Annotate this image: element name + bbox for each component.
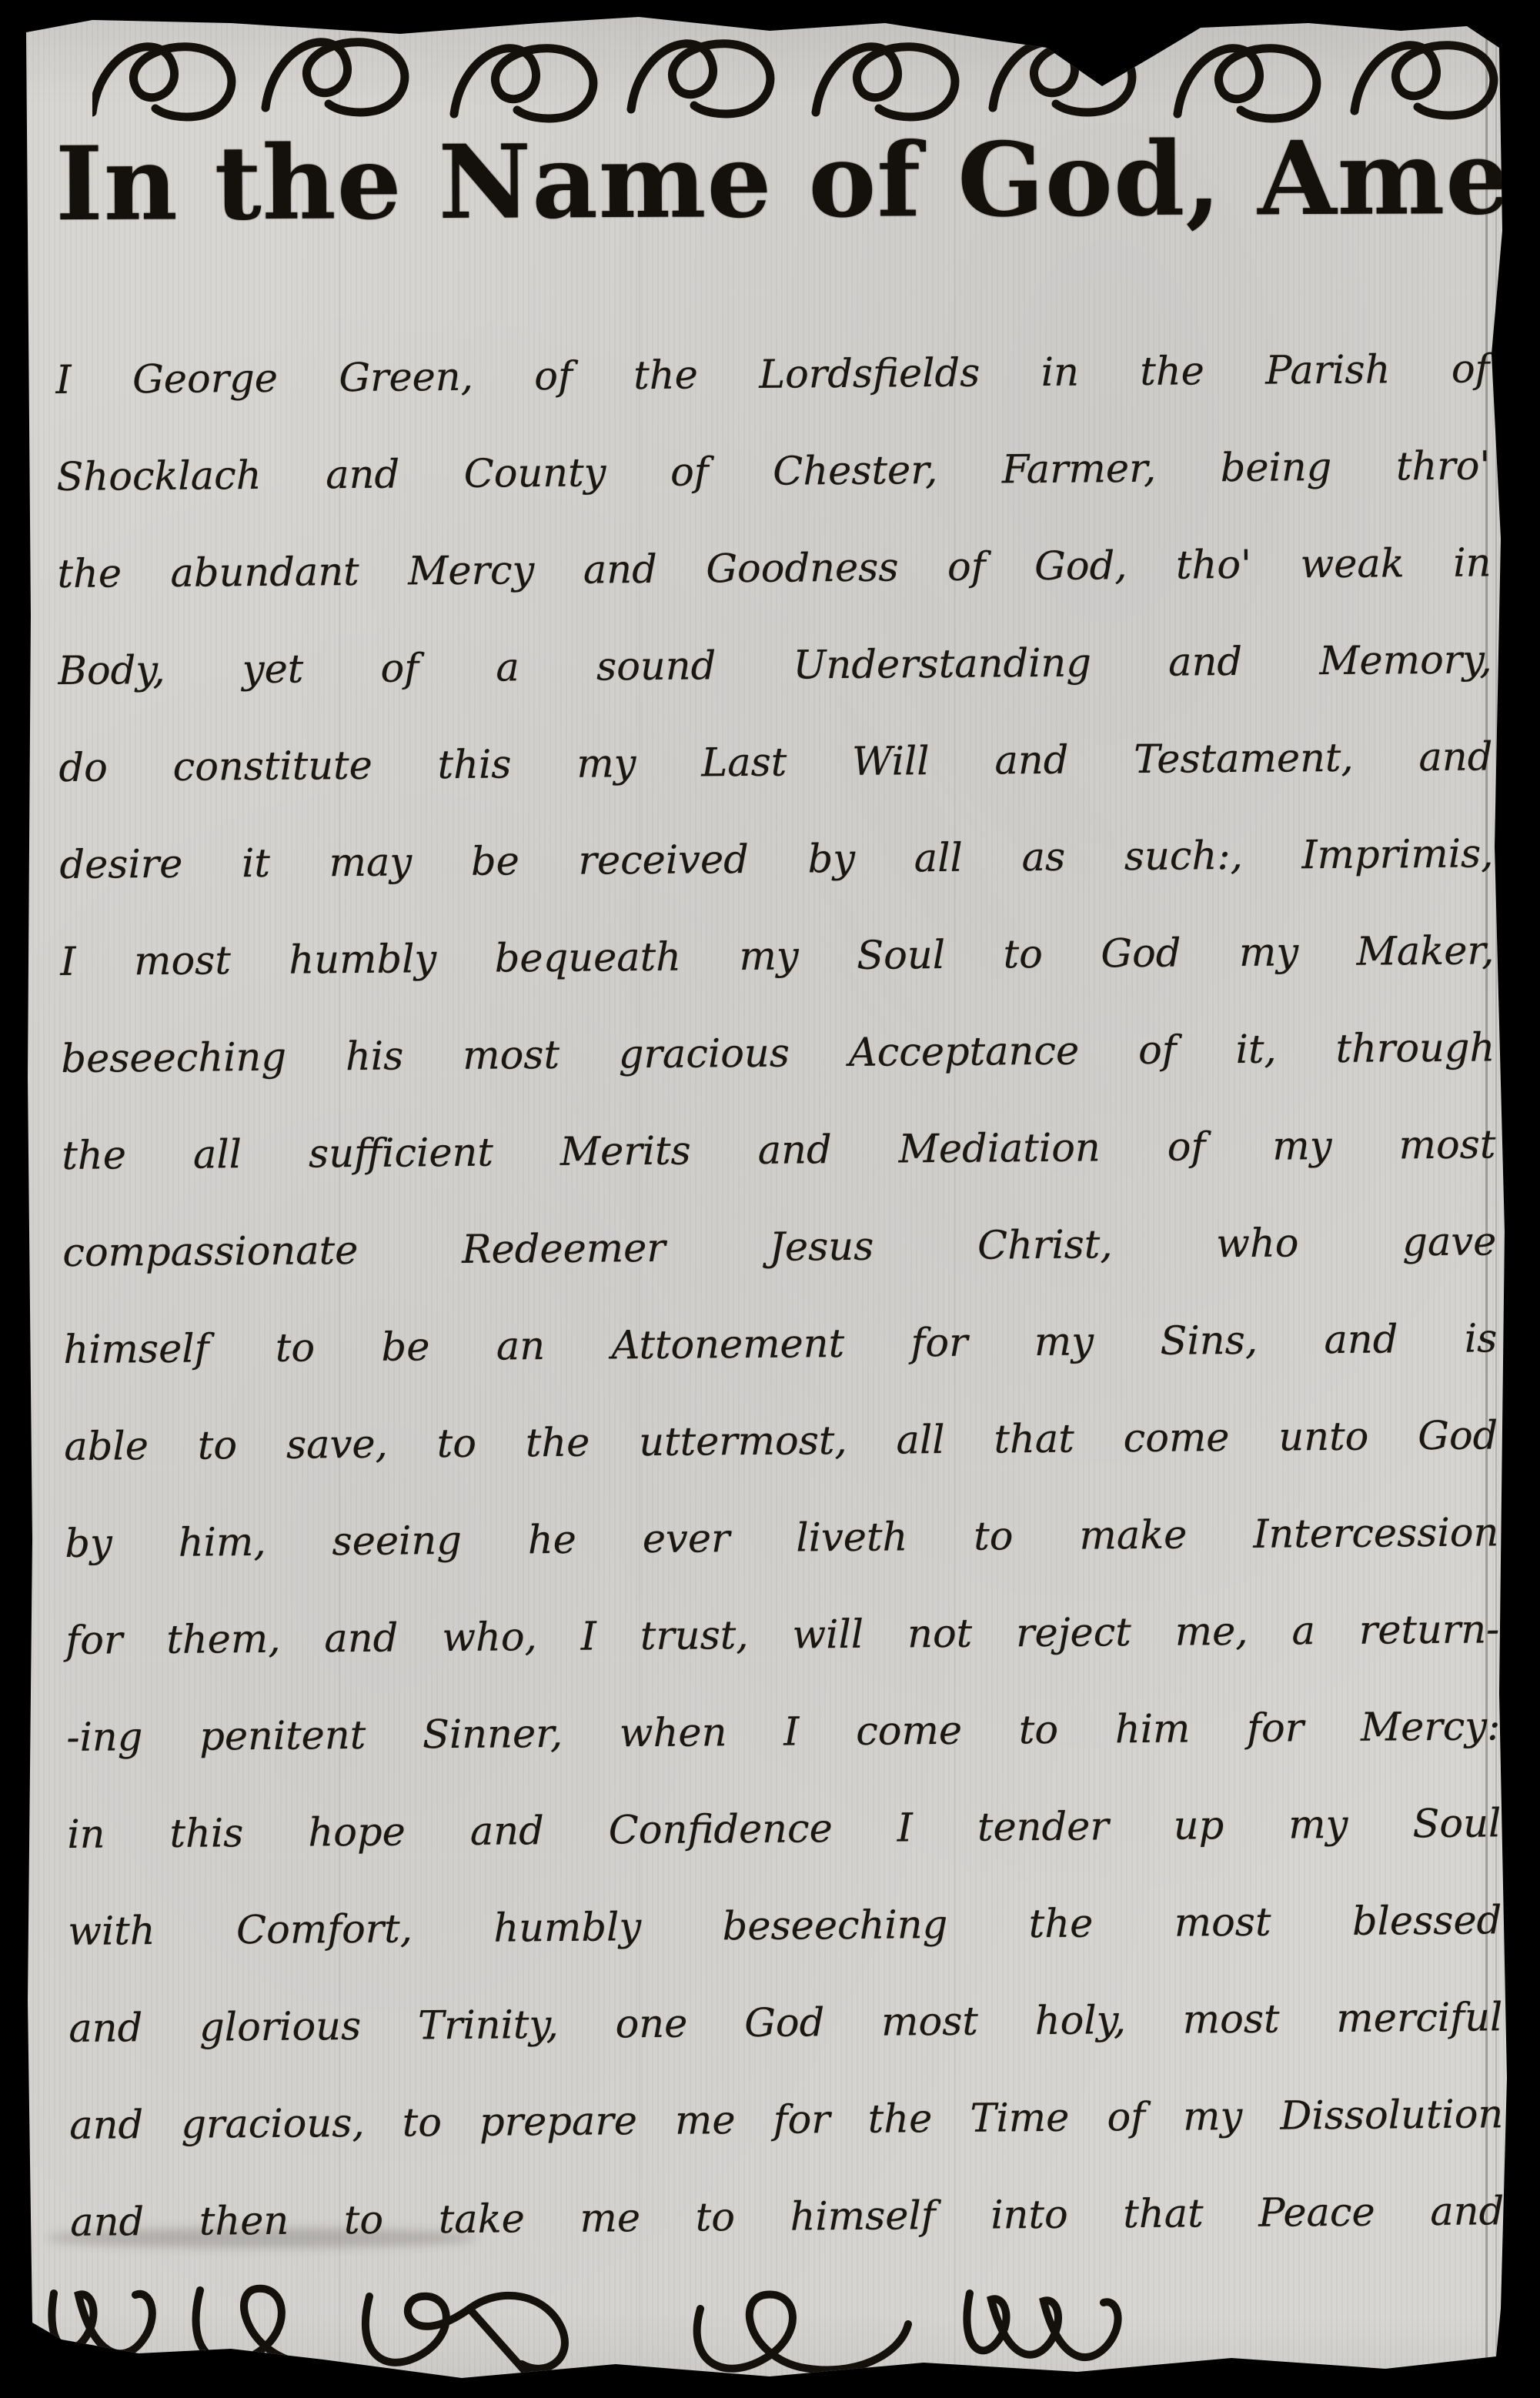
manuscript-line: desire it may be received by all as such…	[59, 806, 1494, 914]
manuscript-line: Shocklach and County of Chester, Farmer,…	[56, 418, 1491, 526]
manuscript-line: with Comfort, humbly beseeching the most…	[68, 1872, 1502, 1981]
manuscript-line: I most humbly bequeath my Soul to God my…	[60, 903, 1495, 1011]
manuscript-line: in this hope and Confidence I tender up …	[67, 1775, 1502, 1884]
bottom-flourish-icon	[38, 2263, 1208, 2390]
scanned-page: In the Name of God, Amen. I George Green…	[0, 0, 1540, 2398]
manuscript-line: the all sufficient Merits and Mediation …	[62, 1097, 1496, 1205]
manuscript-line: Body, yet of a sound Understanding and M…	[58, 612, 1492, 720]
manuscript-body: I George Green, of the Lordsfields in th…	[55, 321, 1505, 2272]
manuscript-line: himself to be an Attonement for my Sins,…	[63, 1291, 1498, 1399]
manuscript-line: and then to take me to himself into that…	[70, 2163, 1505, 2272]
manuscript-line: compassionate Redeemer Jesus Christ, who…	[62, 1194, 1497, 1302]
manuscript-line: do constitute this my Last Will and Test…	[58, 709, 1493, 817]
document-heading: In the Name of God, Amen.	[55, 119, 1515, 244]
manuscript-line: and gracious, to prepare me for the Time…	[69, 2066, 1504, 2175]
manuscript-line: -ing penitent Sinner, when I come to him…	[66, 1678, 1501, 1787]
manuscript-line: and glorious Trinity, one God most holy,…	[68, 1969, 1503, 2078]
manuscript-line: for them, and who, I trust, will not rej…	[65, 1581, 1500, 1690]
manuscript-line: the abundant Mercy and Goodness of God, …	[57, 515, 1492, 623]
manuscript-line: beseeching his most gracious Acceptance …	[61, 1000, 1495, 1108]
manuscript-line: able to save, to the uttermost, all that…	[64, 1388, 1498, 1496]
ink-smudge	[46, 2228, 477, 2248]
manuscript-line: I George Green, of the Lordsfields in th…	[55, 321, 1490, 429]
paper-sheet: In the Name of God, Amen. I George Green…	[0, 0, 1540, 2398]
manuscript-line: by him, seeing he ever liveth to make In…	[65, 1485, 1499, 1593]
